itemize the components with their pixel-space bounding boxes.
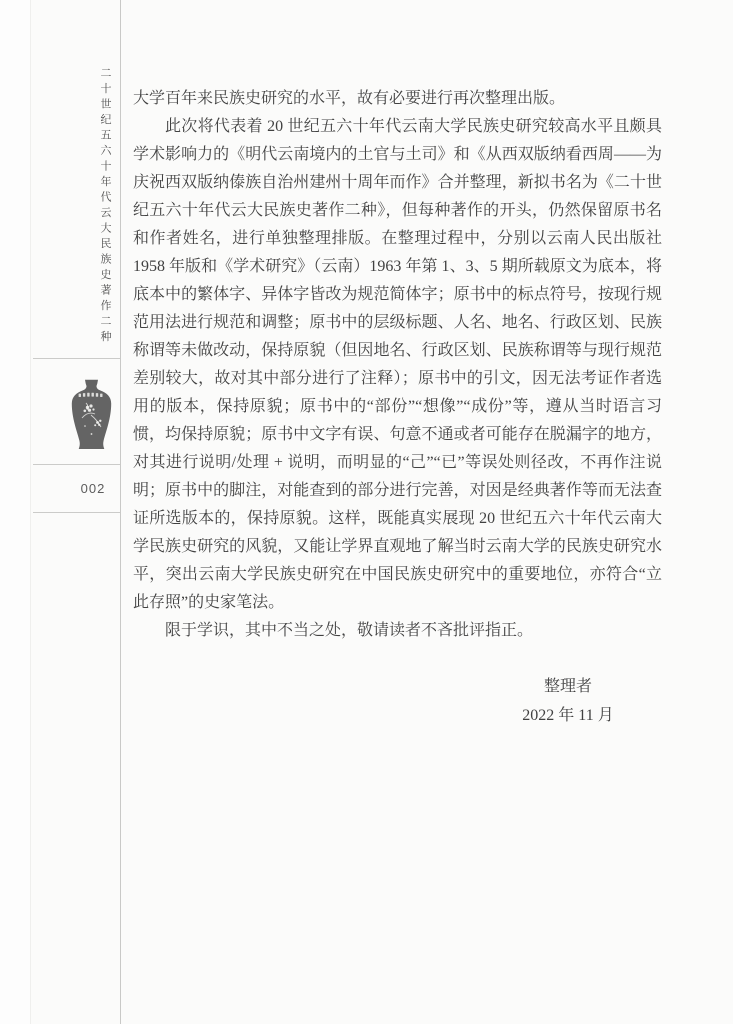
signature-block: 整理者 2022 年 11 月: [506, 672, 630, 730]
margin-divider-line: [120, 0, 121, 1024]
vase-icon: [71, 379, 112, 450]
ornament-divider-top: [33, 358, 120, 359]
paragraph-continuation: 大学百年来民族史研究的水平，故有必要进行再次整理出版。: [133, 85, 662, 113]
signature-name: 整理者: [506, 672, 630, 701]
page-number: 002: [63, 481, 123, 496]
side-vertical-book-title: 二十世纪五六十年代云大民族史著作二种: [97, 67, 113, 346]
signature-date: 2022 年 11 月: [506, 701, 630, 730]
page-edge-shadow: [0, 0, 31, 1024]
paragraph-editorial-notes: 此次将代表着 20 世纪五六十年代云南大学民族史研究较高水平且颇具学术影响力的《…: [133, 113, 662, 617]
ornament-divider-bottom: [33, 512, 120, 513]
book-page: 二十世纪五六十年代云大民族史著作二种: [0, 0, 733, 1024]
body-text-block: 大学百年来民族史研究的水平，故有必要进行再次整理出版。 此次将代表着 20 世纪…: [133, 85, 662, 730]
ornament-divider-middle: [33, 464, 120, 465]
paragraph-closing-remark: 限于学识，其中不当之处，敬请读者不吝批评指正。: [133, 617, 662, 645]
